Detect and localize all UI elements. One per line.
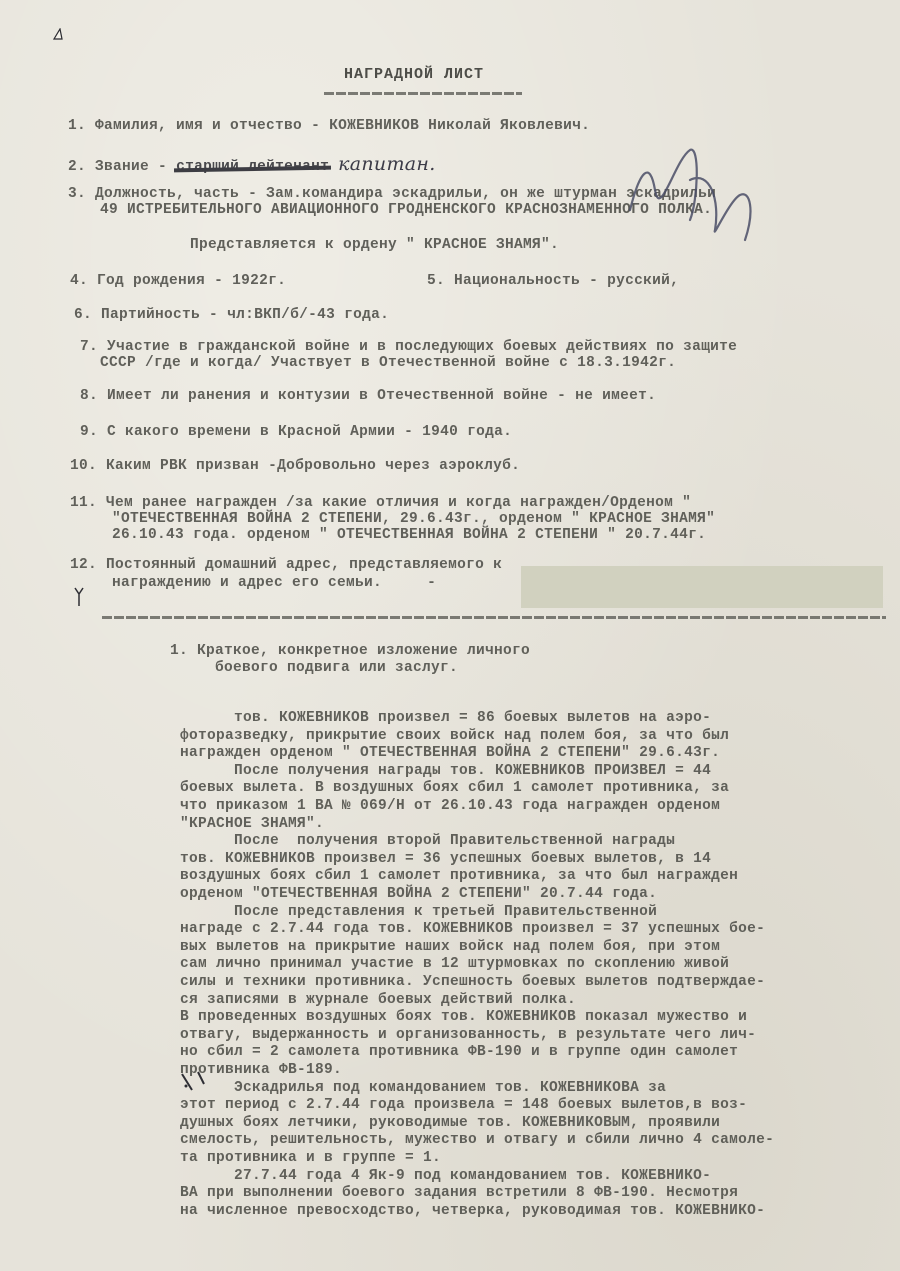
narrative-line: ВА при выполнении боевого задания встрет…: [180, 1185, 738, 1201]
narrative-line: награжден орденом " ОТЕЧЕСТВЕННАЯ ВОЙНА …: [180, 745, 720, 761]
narrative-line: тов. КОЖЕВНИКОВ произвел = 36 успешных б…: [180, 851, 711, 867]
field-12-line2: награждению и адрес его семьи. -: [112, 575, 436, 591]
narrative-line: фоторазведку, прикрытие своих войск над …: [180, 728, 729, 744]
pin-hole-mark: [52, 28, 64, 42]
field-2: 2. Звание - старший лейтенант капитан.: [68, 153, 436, 175]
narrative-line: смелость, решительность, мужество и отва…: [180, 1132, 774, 1148]
narrative-line: на численное превосходство, четверка, ру…: [180, 1203, 765, 1219]
field-11-line3: 26.10.43 года. орденом " ОТЕЧЕСТВЕННАЯ В…: [112, 527, 706, 543]
title-underline: [324, 92, 522, 95]
section-heading-line2: боевого подвига или заслуг.: [215, 660, 458, 676]
section-heading-line1: 1. Краткое, конкретное изложение личного: [170, 643, 530, 659]
narrative-line: После получения второй Правительственной…: [180, 833, 675, 849]
narrative-line: В проведенных воздушных боях тов. КОЖЕВН…: [180, 1009, 747, 1025]
redacted-address-block: [521, 566, 883, 608]
narrative-line: ся записями в журнале боевых действий по…: [180, 992, 576, 1008]
field-7-line1: 7. Участие в гражданской войне и в после…: [80, 339, 737, 355]
narrative-line: боевых вылета. В воздушных боях сбил 1 с…: [180, 780, 729, 796]
field-10: 10. Каким РВК призван -Добровольно через…: [70, 458, 520, 474]
narrative-line: "КРАСНОЕ ЗНАМЯ".: [180, 816, 324, 832]
field-1: 1. Фамилия, имя и отчество - КОЖЕВНИКОВ …: [68, 118, 590, 134]
narrative-line: что приказом 1 ВА № 069/Н от 26.10.43 го…: [180, 798, 720, 814]
narrative-line: но сбил = 2 самолета противника ФВ-190 и…: [180, 1044, 738, 1060]
narrative-line: отвагу, выдержанность и организованность…: [180, 1027, 756, 1043]
narrative-line: орденом "ОТЕЧЕСТВЕННАЯ ВОЙНА 2 СТЕПЕНИ" …: [180, 886, 657, 902]
narrative-line: силы и техники противника. Успешность бо…: [180, 974, 765, 990]
field-11-line1: 11. Чем ранее награжден /за какие отличи…: [70, 495, 691, 511]
field-5: 5. Национальность - русский,: [427, 273, 679, 289]
narrative-line: 27.7.44 года 4 Як-9 под командованием то…: [180, 1168, 711, 1184]
field-4: 4. Год рождения - 1922г.: [70, 273, 286, 289]
handwritten-rank: капитан.: [338, 153, 435, 175]
field-12-line1: 12. Постоянный домашний адрес, представл…: [70, 557, 502, 573]
narrative-line: После представления к третьей Правительс…: [180, 904, 657, 920]
award-sheet-page: НАГРАДНОЙ ЛИСТ 1. Фамилия, имя и отчеств…: [0, 0, 900, 1271]
narrative-line: та противника и в группе = 1.: [180, 1150, 441, 1166]
field-3-line1: 3. Должность, часть - Зам.командира эска…: [68, 186, 716, 202]
narrative-line: душных боях летчики, руководимые тов. КО…: [180, 1115, 720, 1131]
field-6: 6. Партийность - чл:ВКП/б/-43 года.: [74, 307, 389, 323]
document-title: НАГРАДНОЙ ЛИСТ: [344, 66, 484, 83]
narrative-line: тов. КОЖЕВНИКОВ произвел = 86 боевых выл…: [180, 710, 711, 726]
presented-for-order: Представляется к ордену " КРАСНОЕ ЗНАМЯ"…: [190, 237, 559, 253]
field-11-line2: "ОТЕЧЕСТВЕННАЯ ВОЙНА 2 СТЕПЕНИ, 29.6.43г…: [112, 511, 715, 527]
narrative-line: этот период с 2.7.44 года произвела = 14…: [180, 1097, 747, 1113]
struck-rank: старший лейтенант: [176, 159, 329, 175]
narrative-line: награде с 2.7.44 года тов. КОЖЕВНИКОВ пр…: [180, 921, 765, 937]
ink-mark: [178, 1070, 218, 1094]
narrative-line: вых вылетов на прикрытие наших войск над…: [180, 939, 720, 955]
field-9: 9. С какого времени в Красной Армии - 19…: [80, 424, 512, 440]
ink-mark: [72, 586, 86, 608]
field-7-line2: СССР /где и когда/ Участвует в Отечестве…: [100, 355, 676, 371]
signature-mark: [620, 140, 780, 245]
narrative-line: воздушных боях сбил 1 самолет противника…: [180, 868, 738, 884]
narrative-line: Эскадрилья под командованием тов. КОЖЕВН…: [180, 1080, 666, 1096]
field-8: 8. Имеет ли ранения и контузии в Отечест…: [80, 388, 656, 404]
narrative-line: сам лично принимал участие в 12 штурмовк…: [180, 956, 729, 972]
narrative-line: После получения награды тов. КОЖЕВНИКОВ …: [180, 763, 711, 779]
section-divider: [102, 616, 886, 619]
